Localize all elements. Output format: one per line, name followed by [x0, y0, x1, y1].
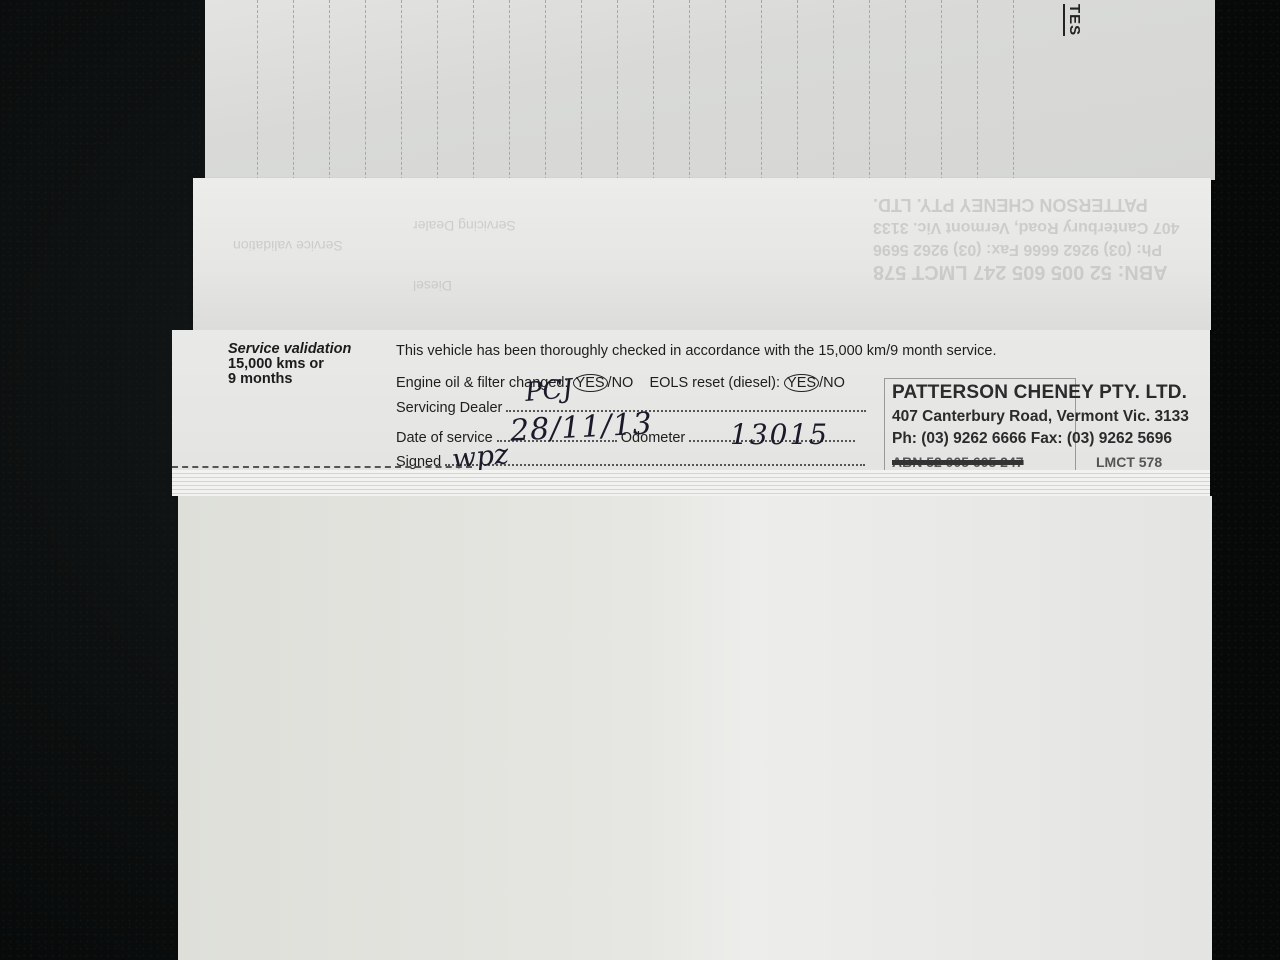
- checks-row: Engine oil & filter changed: YES/NO EOLS…: [396, 374, 845, 392]
- service-validation-form: Service validation 15,000 kms or 9 month…: [172, 330, 1210, 470]
- handwritten-odometer: 13015: [730, 418, 829, 451]
- stamp-phone: Ph: (03) 9262 6666 Fax: (03) 9262 5696: [892, 430, 1172, 448]
- handwritten-dealer: PCJ: [524, 374, 574, 408]
- section-title: Service validation: [228, 342, 351, 357]
- eols-no: /NO: [819, 375, 845, 391]
- ghost-stamp-line: 407 Canterbury Road, Vermont Vic. 3133: [873, 218, 1180, 236]
- service-interval-label: Service validation 15,000 kms or 9 month…: [228, 342, 351, 387]
- notes-heading: TES: [1063, 4, 1083, 36]
- stamp-address: 407 Canterbury Road, Vermont Vic. 3133: [892, 408, 1189, 426]
- stacked-page-edges: [172, 470, 1210, 496]
- ghost-text: Service validation: [233, 238, 343, 254]
- handwritten-date: 28/11/13: [509, 406, 653, 448]
- eols-label: EOLS reset (diesel):: [649, 375, 780, 391]
- dealer-stamp: PATTERSON CHENEY PTY. LTD. 407 Canterbur…: [884, 378, 1214, 483]
- ghost-text: Servicing Dealer: [413, 218, 516, 234]
- stamp-company: PATTERSON CHENEY PTY. LTD.: [892, 382, 1187, 404]
- eols-yes-circled: YES: [784, 374, 819, 392]
- stamp-abn: ABN 52 005 605 247: [892, 454, 1024, 470]
- dealer-label: Servicing Dealer: [396, 400, 502, 416]
- cut-line: [172, 466, 472, 468]
- folded-strip: PATTERSON CHENEY PTY. LTD. 407 Canterbur…: [193, 178, 1211, 330]
- blank-page: [178, 496, 1212, 960]
- interval-line-1: 15,000 kms or: [228, 357, 351, 372]
- stamp-lmct: LMCT 578: [1096, 454, 1162, 470]
- statement: This vehicle has been thoroughly checked…: [396, 343, 996, 359]
- ghost-stamp-line: Ph: (03) 9262 6666 Fax: (03) 9262 5696: [873, 240, 1162, 258]
- engine-oil-yes-circled: YES: [573, 374, 608, 392]
- ghost-text: Diesel: [413, 278, 452, 294]
- interval-line-2: 9 months: [228, 372, 351, 387]
- engine-oil-no: /NO: [608, 375, 634, 391]
- ghost-stamp-line: ABN: 52 005 605 247 LMCT 578: [873, 260, 1168, 283]
- ghost-stamp-line: PATTERSON CHENEY PTY. LTD.: [873, 194, 1148, 215]
